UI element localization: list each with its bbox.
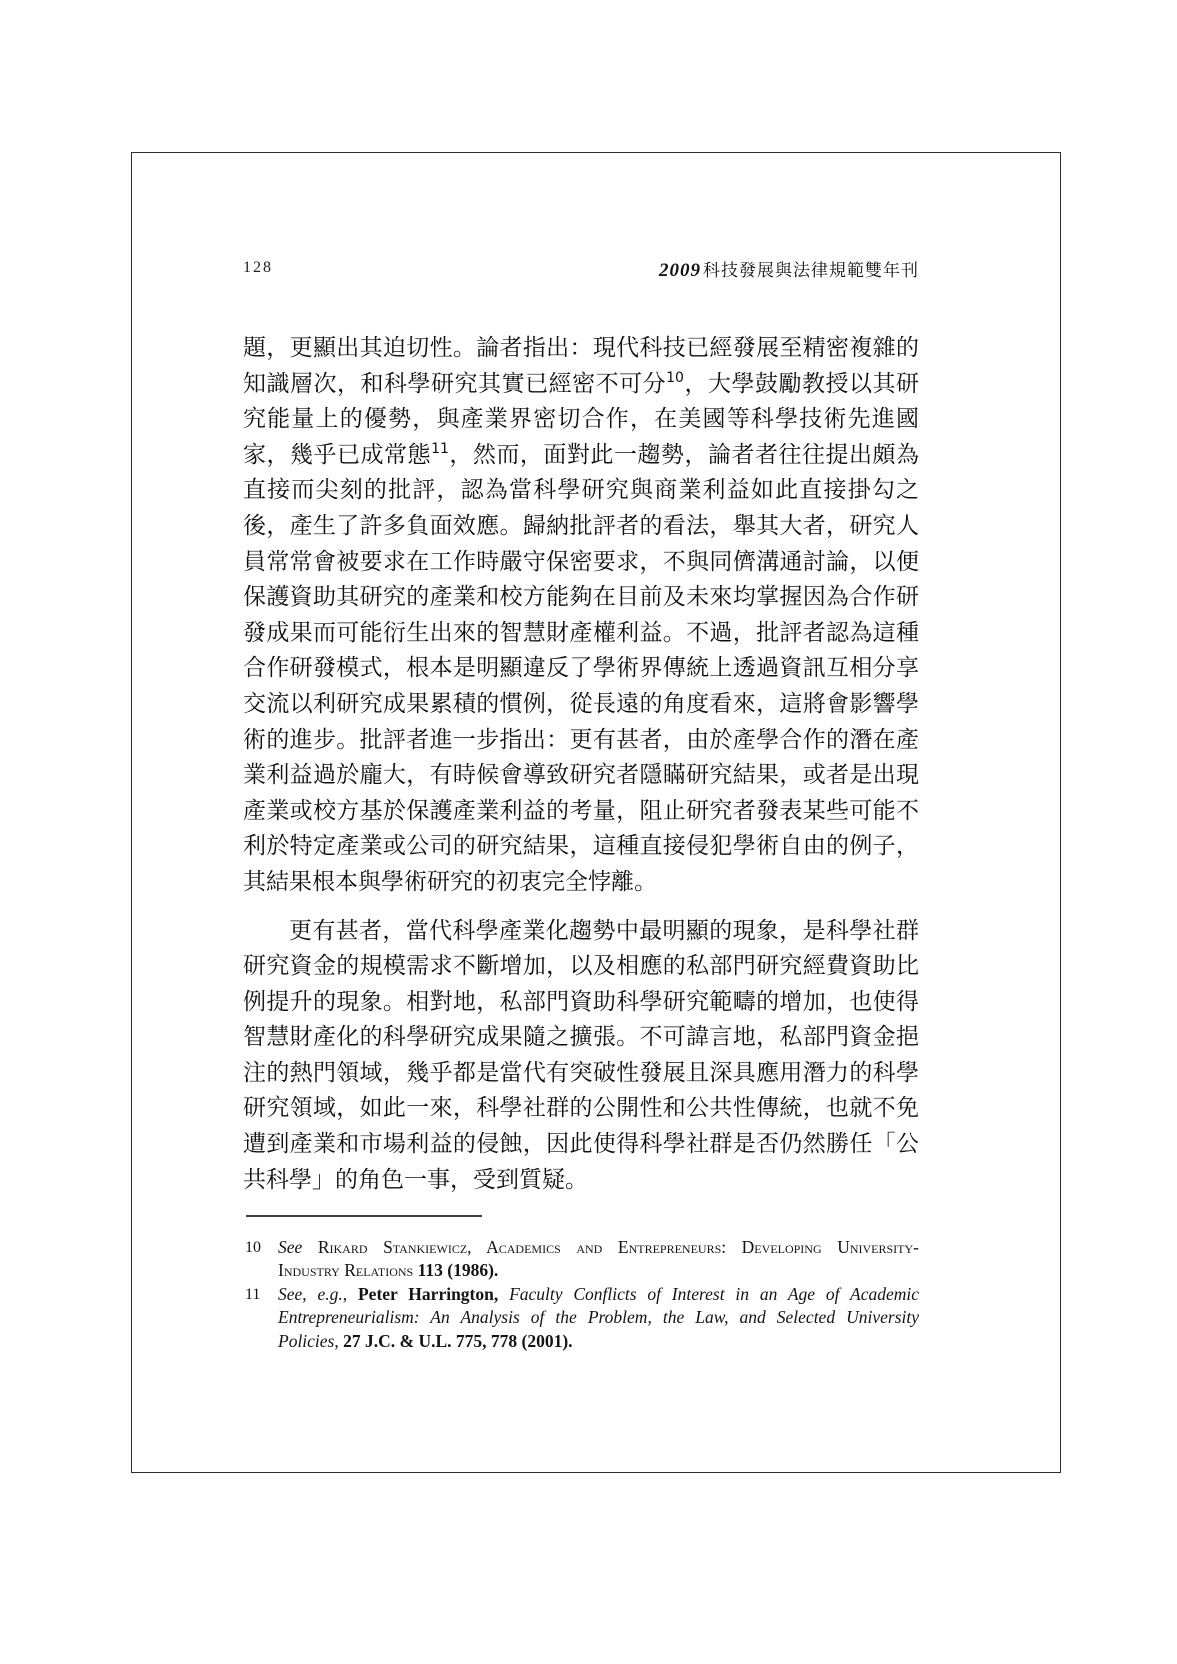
journal-title: 科技發展與法律規範雙年刊 — [703, 261, 919, 281]
text-run: 例提升的現象。相對地，私部門資助科學研究範疇的增加，也使得 — [243, 989, 919, 1015]
text-run: Peter Harrington, — [358, 1284, 509, 1304]
text-run: 更有甚者，當代科學產業化趨勢中最明顯的現象，是科學社群 — [289, 918, 919, 944]
footnote-separator-rule — [246, 1215, 482, 1217]
text-run: 業利益過於龐大，有時候會導致研究者隱瞞研究結果，或者是出現 — [243, 762, 919, 788]
text-run: 合作研發模式，根本是明顯違反了學術界傳統上透過資訊互相分享 — [243, 655, 919, 681]
footnote-ref: 11 — [431, 441, 449, 457]
text-run: 後，產生了許多負面效應。歸納批評者的看法，舉其大者，研究人 — [243, 513, 919, 539]
body-line: 遭到產業和市場利益的侵蝕，因此使得科學社群是否仍然勝任「公 — [243, 1127, 919, 1163]
footnote-line: See, e.g., Peter Harrington, Faculty Con… — [278, 1283, 919, 1306]
text-run: 術的進步。批評者進一步指出：更有甚者，由於產學合作的潛在產 — [243, 727, 919, 753]
body-line: 發成果而可能衍生出來的智慧財產權利益。不過，批評者認為這種 — [243, 616, 919, 652]
footnote-text: See Rikard Stankiewicz, Academics and En… — [278, 1236, 919, 1283]
text-run: Entrepreneurialism: An Analysis of the P… — [278, 1307, 919, 1327]
footnote: 10See Rikard Stankiewicz, Academics and … — [243, 1236, 919, 1283]
body-line: 合作研發模式，根本是明顯違反了學術界傳統上透過資訊互相分享 — [243, 651, 919, 687]
text-run: 知識層次，和科學研究其實已經密不可分 — [243, 371, 666, 397]
paragraph: 更有甚者，當代科學產業化趨勢中最明顯的現象，是科學社群研究資金的規模需求不斷增加… — [243, 914, 919, 1199]
body-line: 知識層次，和科學研究其實已經密不可分10，大學鼓勵教授以其研 — [243, 367, 919, 403]
body-line: 交流以利研究成果累積的慣例，從長遠的角度看來，這將會影響學 — [243, 687, 919, 723]
body-line: 後，產生了許多負面效應。歸納批評者的看法，舉其大者，研究人 — [243, 509, 919, 545]
text-run: ，然而，面對此一趨勢，論者者往往提出頗為 — [449, 442, 919, 468]
journal-header: 2009科技發展與法律規範雙年刊 — [443, 256, 919, 282]
text-run: 113 (1986). — [418, 1260, 499, 1280]
body-line: 研究領域，如此一來，科學社群的公開性和公共性傳統，也就不免 — [243, 1091, 919, 1127]
body-line: 智慧財產化的科學研究成果隨之擴張。不可諱言地，私部門資金挹 — [243, 1020, 919, 1056]
footnote: 11See, e.g., Peter Harrington, Faculty C… — [243, 1283, 919, 1353]
text-run: See — [278, 1284, 302, 1304]
footnote-marker: 11 — [245, 1283, 260, 1306]
body-text: 題，更顯出其迫切性。論者指出：現代科技已經發展至精密複雜的知識層次，和科學研究其… — [243, 331, 919, 1198]
body-line: 業利益過於龐大，有時候會導致研究者隱瞞研究結果，或者是出現 — [243, 758, 919, 794]
body-line: 更有甚者，當代科學產業化趨勢中最明顯的現象，是科學社群 — [243, 914, 919, 950]
footnote-line: See Rikard Stankiewicz, Academics and En… — [278, 1236, 919, 1259]
body-line: 研究資金的規模需求不斷增加，以及相應的私部門研究經費資助比 — [243, 949, 919, 985]
text-run: 交流以利研究成果累積的慣例，從長遠的角度看來，這將會影響學 — [243, 691, 919, 717]
text-run: 究能量上的優勢，與產業界密切合作，在美國等科學技術先進國 — [243, 406, 919, 432]
page-number: 128 — [243, 259, 273, 277]
paragraph: 題，更顯出其迫切性。論者指出：現代科技已經發展至精密複雜的知識層次，和科學研究其… — [243, 331, 919, 901]
text-run: Rikard Stankiewicz, Academics and Entrep… — [318, 1237, 919, 1257]
text-run: 利於特定產業或公司的研究結果，這種直接侵犯學術自由的例子， — [243, 833, 919, 859]
body-line: 注的熱門領域，幾乎都是當代有突破性發展且深具應用潛力的科學 — [243, 1056, 919, 1092]
body-line: 其結果根本與學術研究的初衷完全悖離。 — [243, 865, 919, 901]
text-run: Policies — [278, 1331, 334, 1351]
text-run: Faculty Conflicts of Interest in an Age … — [509, 1284, 919, 1304]
text-run: , — [343, 1284, 358, 1304]
footnote-line: Entrepreneurialism: An Analysis of the P… — [278, 1306, 919, 1329]
text-run: 遭到產業和市場利益的侵蝕，因此使得科學社群是否仍然勝任「公 — [243, 1131, 919, 1157]
footnote-ref: 10 — [666, 370, 684, 386]
text-run: 研究資金的規模需求不斷增加，以及相應的私部門研究經費資助比 — [243, 953, 919, 979]
body-line: 保護資助其研究的產業和校方能夠在目前及未來均掌握因為合作研 — [243, 580, 919, 616]
text-run: 注的熱門領域，幾乎都是當代有突破性發展且深具應用潛力的科學 — [243, 1060, 919, 1086]
body-line: 題，更顯出其迫切性。論者指出：現代科技已經發展至精密複雜的 — [243, 331, 919, 367]
text-run: 直接而尖刻的批評，認為當科學研究與商業利益如此直接掛勾之 — [243, 477, 919, 503]
text-run: ，大學鼓勵教授以其研 — [684, 371, 919, 397]
body-line: 家，幾乎已成常態11，然而，面對此一趨勢，論者者往往提出頗為 — [243, 438, 919, 474]
body-line: 員常常會被要求在工作時嚴守保密要求，不與同儕溝通討論，以便 — [243, 545, 919, 581]
text-run: Industry Relations — [278, 1260, 418, 1280]
body-line: 例提升的現象。相對地，私部門資助科學研究範疇的增加，也使得 — [243, 985, 919, 1021]
body-line: 究能量上的優勢，與產業界密切合作，在美國等科學技術先進國 — [243, 402, 919, 438]
text-run: 研究領域，如此一來，科學社群的公開性和公共性傳統，也就不免 — [243, 1095, 919, 1121]
body-line: 共科學」的角色一事，受到質疑。 — [243, 1163, 919, 1199]
text-run: 題，更顯出其迫切性。論者指出：現代科技已經發展至精密複雜的 — [243, 335, 919, 361]
text-run: 其結果根本與學術研究的初衷完全悖離。 — [243, 869, 657, 895]
text-run: See — [278, 1237, 318, 1257]
text-run: 27 J.C. & U.L. 775, 778 (2001). — [343, 1331, 572, 1351]
text-run: 產業或校方基於保護產業利益的考量，阻止研究者發表某些可能不 — [243, 798, 919, 824]
footnote-text: See, e.g., Peter Harrington, Faculty Con… — [278, 1283, 919, 1353]
body-line: 利於特定產業或公司的研究結果，這種直接侵犯學術自由的例子， — [243, 829, 919, 865]
footnote-line: Industry Relations 113 (1986). — [278, 1259, 919, 1282]
text-run: 共科學」的角色一事，受到質疑。 — [243, 1167, 588, 1193]
footnotes: 10See Rikard Stankiewicz, Academics and … — [243, 1236, 919, 1353]
text-run: 保護資助其研究的產業和校方能夠在目前及未來均掌握因為合作研 — [243, 584, 919, 610]
text-run: , — [302, 1284, 317, 1304]
journal-year: 2009 — [659, 260, 701, 281]
text-run: 發成果而可能衍生出來的智慧財產權利益。不過，批評者認為這種 — [243, 620, 919, 646]
footnote-marker: 10 — [245, 1236, 261, 1259]
text-run: 員常常會被要求在工作時嚴守保密要求，不與同儕溝通討論，以便 — [243, 549, 919, 575]
text-run: , — [334, 1331, 343, 1351]
body-line: 直接而尖刻的批評，認為當科學研究與商業利益如此直接掛勾之 — [243, 473, 919, 509]
text-run: 智慧財產化的科學研究成果隨之擴張。不可諱言地，私部門資金挹 — [243, 1024, 919, 1050]
footnote-line: Policies, 27 J.C. & U.L. 775, 778 (2001)… — [278, 1330, 919, 1353]
body-line: 術的進步。批評者進一步指出：更有甚者，由於產學合作的潛在產 — [243, 723, 919, 759]
body-line: 產業或校方基於保護產業利益的考量，阻止研究者發表某些可能不 — [243, 794, 919, 830]
text-run: 家，幾乎已成常態 — [243, 442, 431, 468]
text-run: e.g. — [318, 1284, 343, 1304]
